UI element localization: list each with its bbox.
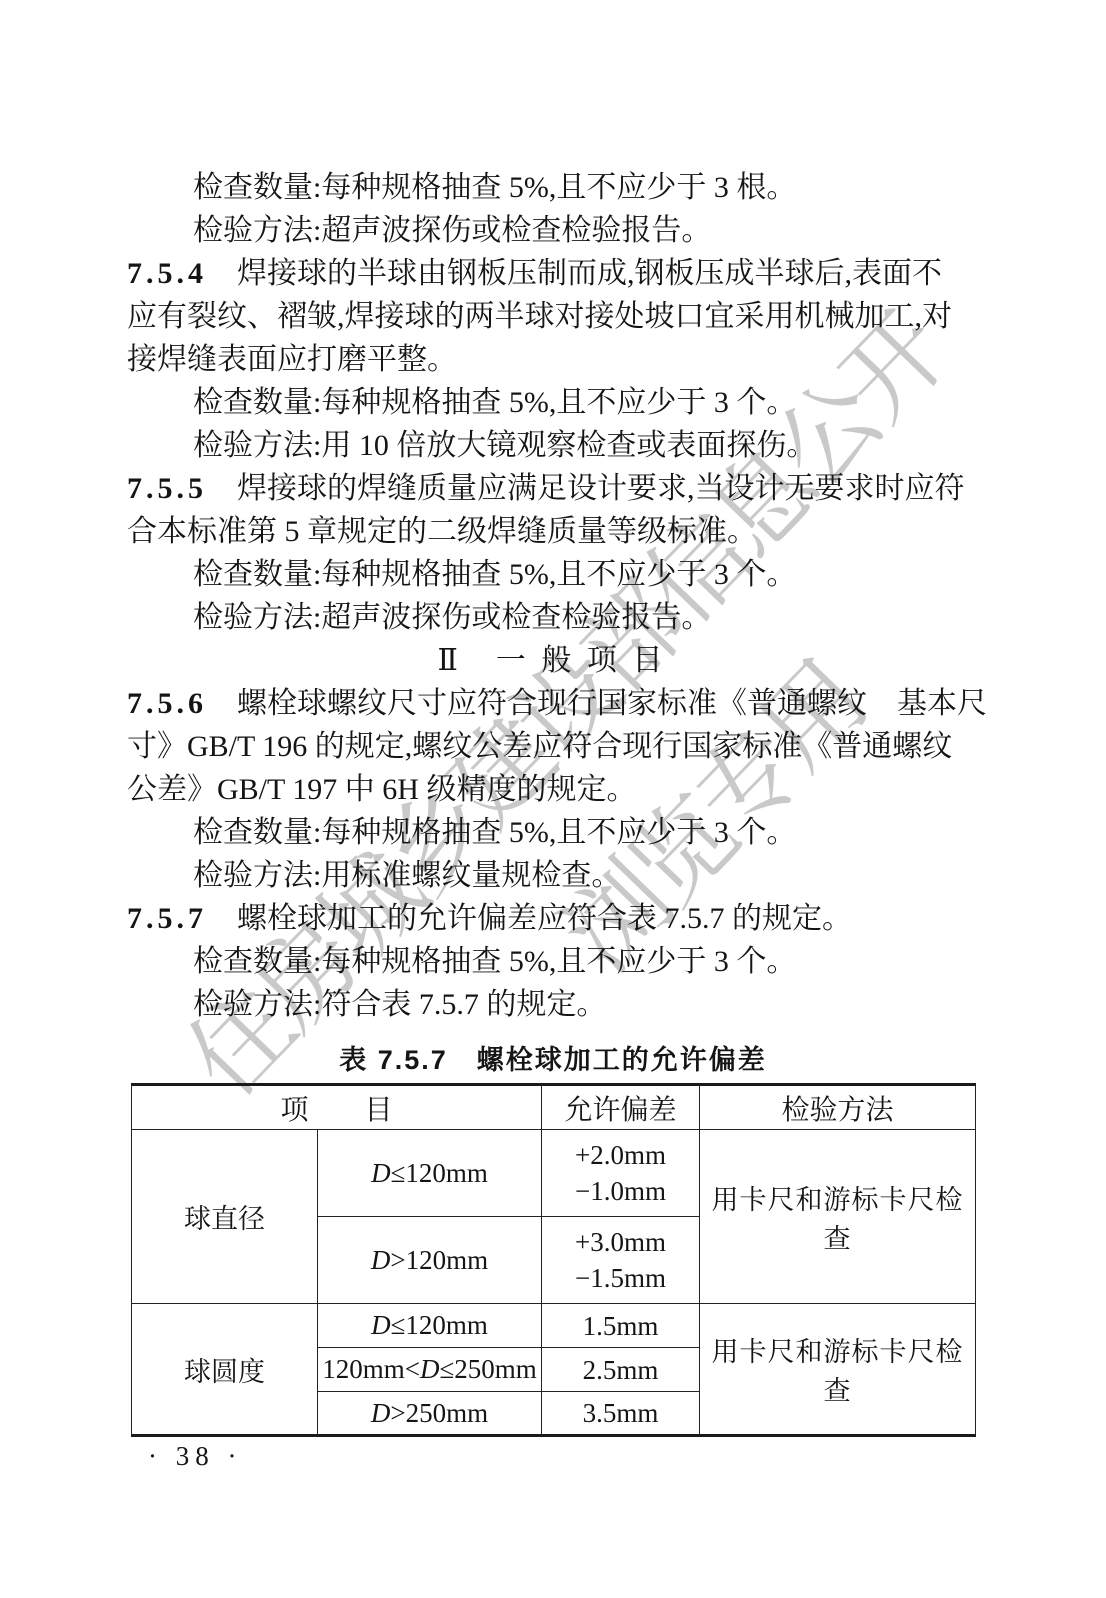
table-row: 球圆度D≤120mm1.5mm用卡尺和游标卡尺检查 (132, 1304, 976, 1348)
deviation-cell: 2.5mm (542, 1348, 700, 1392)
condition-cell: 120mm<D≤250mm (318, 1348, 542, 1392)
deviation-value: +3.0mm (542, 1224, 699, 1260)
deviation-cell: 1.5mm (542, 1304, 700, 1348)
deviation-value: +2.0mm (542, 1137, 699, 1173)
deviation-cell: 3.5mm (542, 1392, 700, 1436)
text-line: 检验方法:超声波探伤或检查检验报告。 (127, 209, 977, 252)
clause-number: 7.5.6 (127, 687, 207, 720)
clause-line: 7.5.7螺栓球加工的允许偏差应符合表 7.5.7 的规定。 (127, 897, 977, 940)
method-cell: 用卡尺和游标卡尺检查 (700, 1130, 976, 1304)
deviation-value: −1.5mm (542, 1260, 699, 1296)
body-text: 检查数量:每种规格抽查 5%,且不应少于 3 根。检验方法:超声波探伤或检查检验… (127, 166, 977, 1026)
deviation-value: 2.5mm (542, 1352, 699, 1388)
condition-cell: D≤120mm (318, 1130, 542, 1217)
page-number: · 38 · (148, 1441, 242, 1472)
header-method: 检验方法 (700, 1085, 976, 1130)
method-cell: 用卡尺和游标卡尺检查 (700, 1304, 976, 1436)
clause-line: 7.5.5焊接球的焊缝质量应满足设计要求,当设计无要求时应符 (127, 467, 977, 510)
table-header-row: 项 目 允许偏差 检验方法 (132, 1085, 976, 1130)
text-line: 检验方法:符合表 7.5.7 的规定。 (127, 983, 977, 1026)
text-line: 检验方法:用标准螺纹量规检查。 (127, 854, 977, 897)
text-line: 合本标准第 5 章规定的二级焊缝质量等级标准。 (127, 510, 977, 553)
header-item: 项 目 (132, 1085, 542, 1130)
text-line: 公差》GB/T 197 中 6H 级精度的规定。 (127, 768, 977, 811)
document-page: 住房城乡建设部信息公开 浏览专用 检查数量:每种规格抽查 5%,且不应少于 3 … (0, 0, 1106, 1598)
text-line: 检验方法:用 10 倍放大镜观察检查或表面探伤。 (127, 424, 977, 467)
deviation-value: 3.5mm (542, 1395, 699, 1431)
text-line: 检验方法:超声波探伤或检查检验报告。 (127, 596, 977, 639)
text-line: 检查数量:每种规格抽查 5%,且不应少于 3 根。 (127, 166, 977, 209)
deviation-cell: +2.0mm−1.0mm (542, 1130, 700, 1217)
condition-cell: D>120mm (318, 1217, 542, 1304)
clause-number: 7.5.4 (127, 257, 207, 290)
table-caption: 表 7.5.7 螺栓球加工的允许偏差 (0, 1038, 1106, 1077)
condition-cell: D≤120mm (318, 1304, 542, 1348)
item-name-cell: 球圆度 (132, 1304, 318, 1436)
text-line: 寸》GB/T 196 的规定,螺纹公差应符合现行国家标准《普通螺纹 (127, 725, 977, 768)
text-line: 检查数量:每种规格抽查 5%,且不应少于 3 个。 (127, 811, 977, 854)
section-heading: Ⅱ 一 般 项 目 (127, 639, 977, 682)
text-line: 检查数量:每种规格抽查 5%,且不应少于 3 个。 (127, 381, 977, 424)
deviation-value: −1.0mm (542, 1173, 699, 1209)
text-line: 应有裂纹、褶皱,焊接球的两半球对接处坡口宜采用机械加工,对 (127, 295, 977, 338)
deviation-table: 项 目 允许偏差 检验方法 球直径D≤120mm+2.0mm−1.0mm用卡尺和… (131, 1083, 976, 1437)
clause-line: 7.5.4焊接球的半球由钢板压制而成,钢板压成半球后,表面不 (127, 252, 977, 295)
deviation-cell: +3.0mm−1.5mm (542, 1217, 700, 1304)
header-deviation: 允许偏差 (542, 1085, 700, 1130)
text-line: 接焊缝表面应打磨平整。 (127, 338, 977, 381)
item-name-cell: 球直径 (132, 1130, 318, 1304)
clause-number: 7.5.7 (127, 902, 207, 935)
text-line: 检查数量:每种规格抽查 5%,且不应少于 3 个。 (127, 553, 977, 596)
deviation-value: 1.5mm (542, 1308, 699, 1344)
table-row: 球直径D≤120mm+2.0mm−1.0mm用卡尺和游标卡尺检查 (132, 1130, 976, 1217)
clause-line: 7.5.6螺栓球螺纹尺寸应符合现行国家标准《普通螺纹 基本尺 (127, 682, 977, 725)
text-line: 检查数量:每种规格抽查 5%,且不应少于 3 个。 (127, 940, 977, 983)
condition-cell: D>250mm (318, 1392, 542, 1436)
clause-number: 7.5.5 (127, 472, 207, 505)
